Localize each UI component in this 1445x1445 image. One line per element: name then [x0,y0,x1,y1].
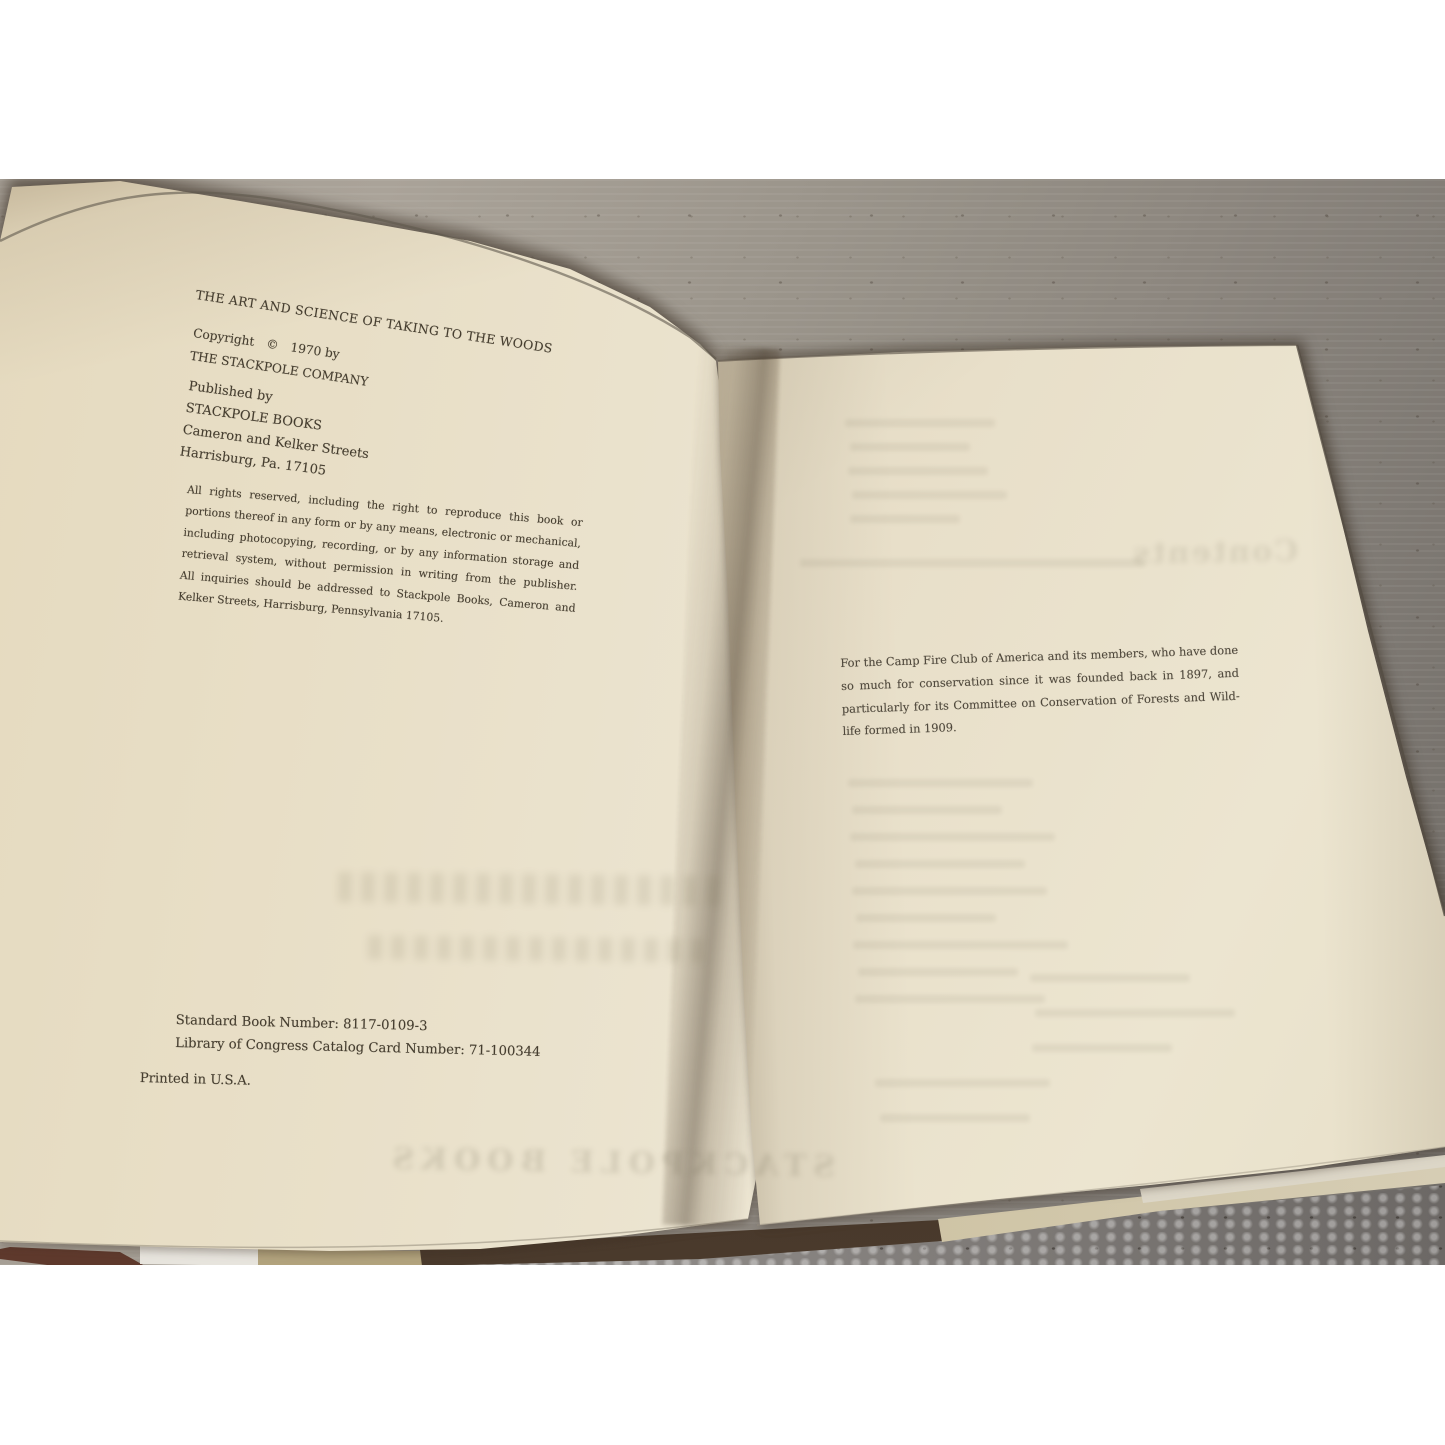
show-through-line [858,968,1018,976]
catalog-numbers-block: Standard Book Number: 8117-0109-3 Librar… [175,1009,541,1064]
show-through-line [855,995,1045,1003]
dedication-paragraph: For the Camp Fire Club of America and it… [840,639,1241,743]
show-through-line [848,467,988,475]
book-photo: STACKPOLE BOOKS Contents THE ART AND SCI… [0,179,1445,1265]
show-through-smudge [338,872,720,906]
show-through-line [855,860,1025,868]
show-through-smudge [368,935,708,963]
show-through-line [852,887,1047,895]
show-through-line [852,491,1007,499]
show-through-line [856,914,996,922]
show-through-line [850,443,970,451]
show-through-line [875,1079,1050,1087]
photo-frame: STACKPOLE BOOKS Contents THE ART AND SCI… [0,0,1445,1445]
show-through-line [1030,974,1190,982]
show-through-line [1032,1044,1172,1052]
show-through-line [852,806,1002,814]
show-through-contents-heading: Contents [1138,534,1299,572]
show-through-line [800,559,1145,567]
show-through-line [848,779,1033,787]
show-through-line [845,419,995,427]
printed-in-usa-line: Printed in U.S.A. [140,1071,251,1089]
show-through-line [880,1114,1030,1122]
show-through-line [853,941,1068,949]
show-through-line [850,833,1055,841]
show-through-line [850,515,960,523]
show-through-line [1035,1009,1235,1017]
